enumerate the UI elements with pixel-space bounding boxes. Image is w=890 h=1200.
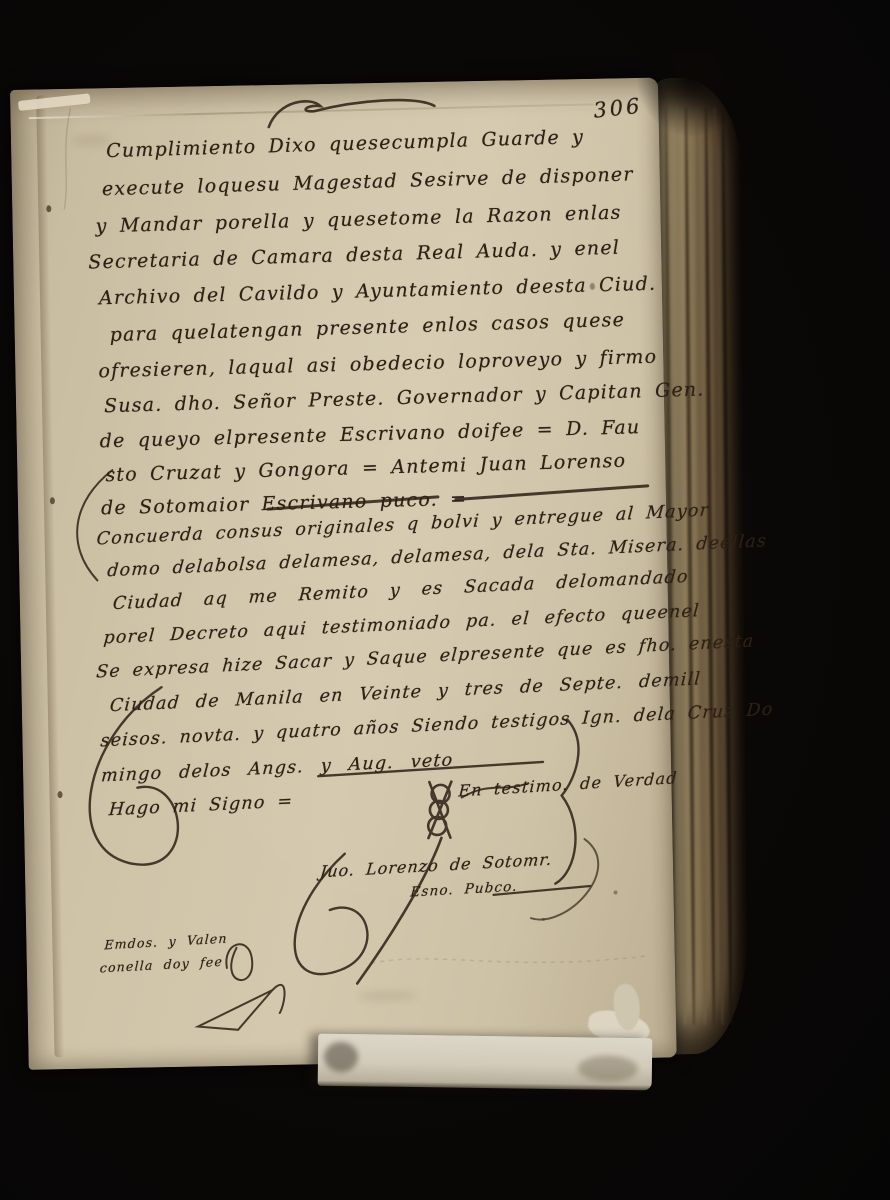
strip-smudge <box>324 1042 358 1072</box>
under-pages-strip <box>318 1034 653 1091</box>
photo-background: 306 <box>0 0 890 1200</box>
rubric-flourishes <box>10 78 677 1070</box>
notarial-sign <box>353 782 455 984</box>
manuscript-page: 306 <box>10 78 677 1070</box>
strip-smudge <box>578 1055 638 1082</box>
fore-edge-top-shadow <box>636 52 748 138</box>
